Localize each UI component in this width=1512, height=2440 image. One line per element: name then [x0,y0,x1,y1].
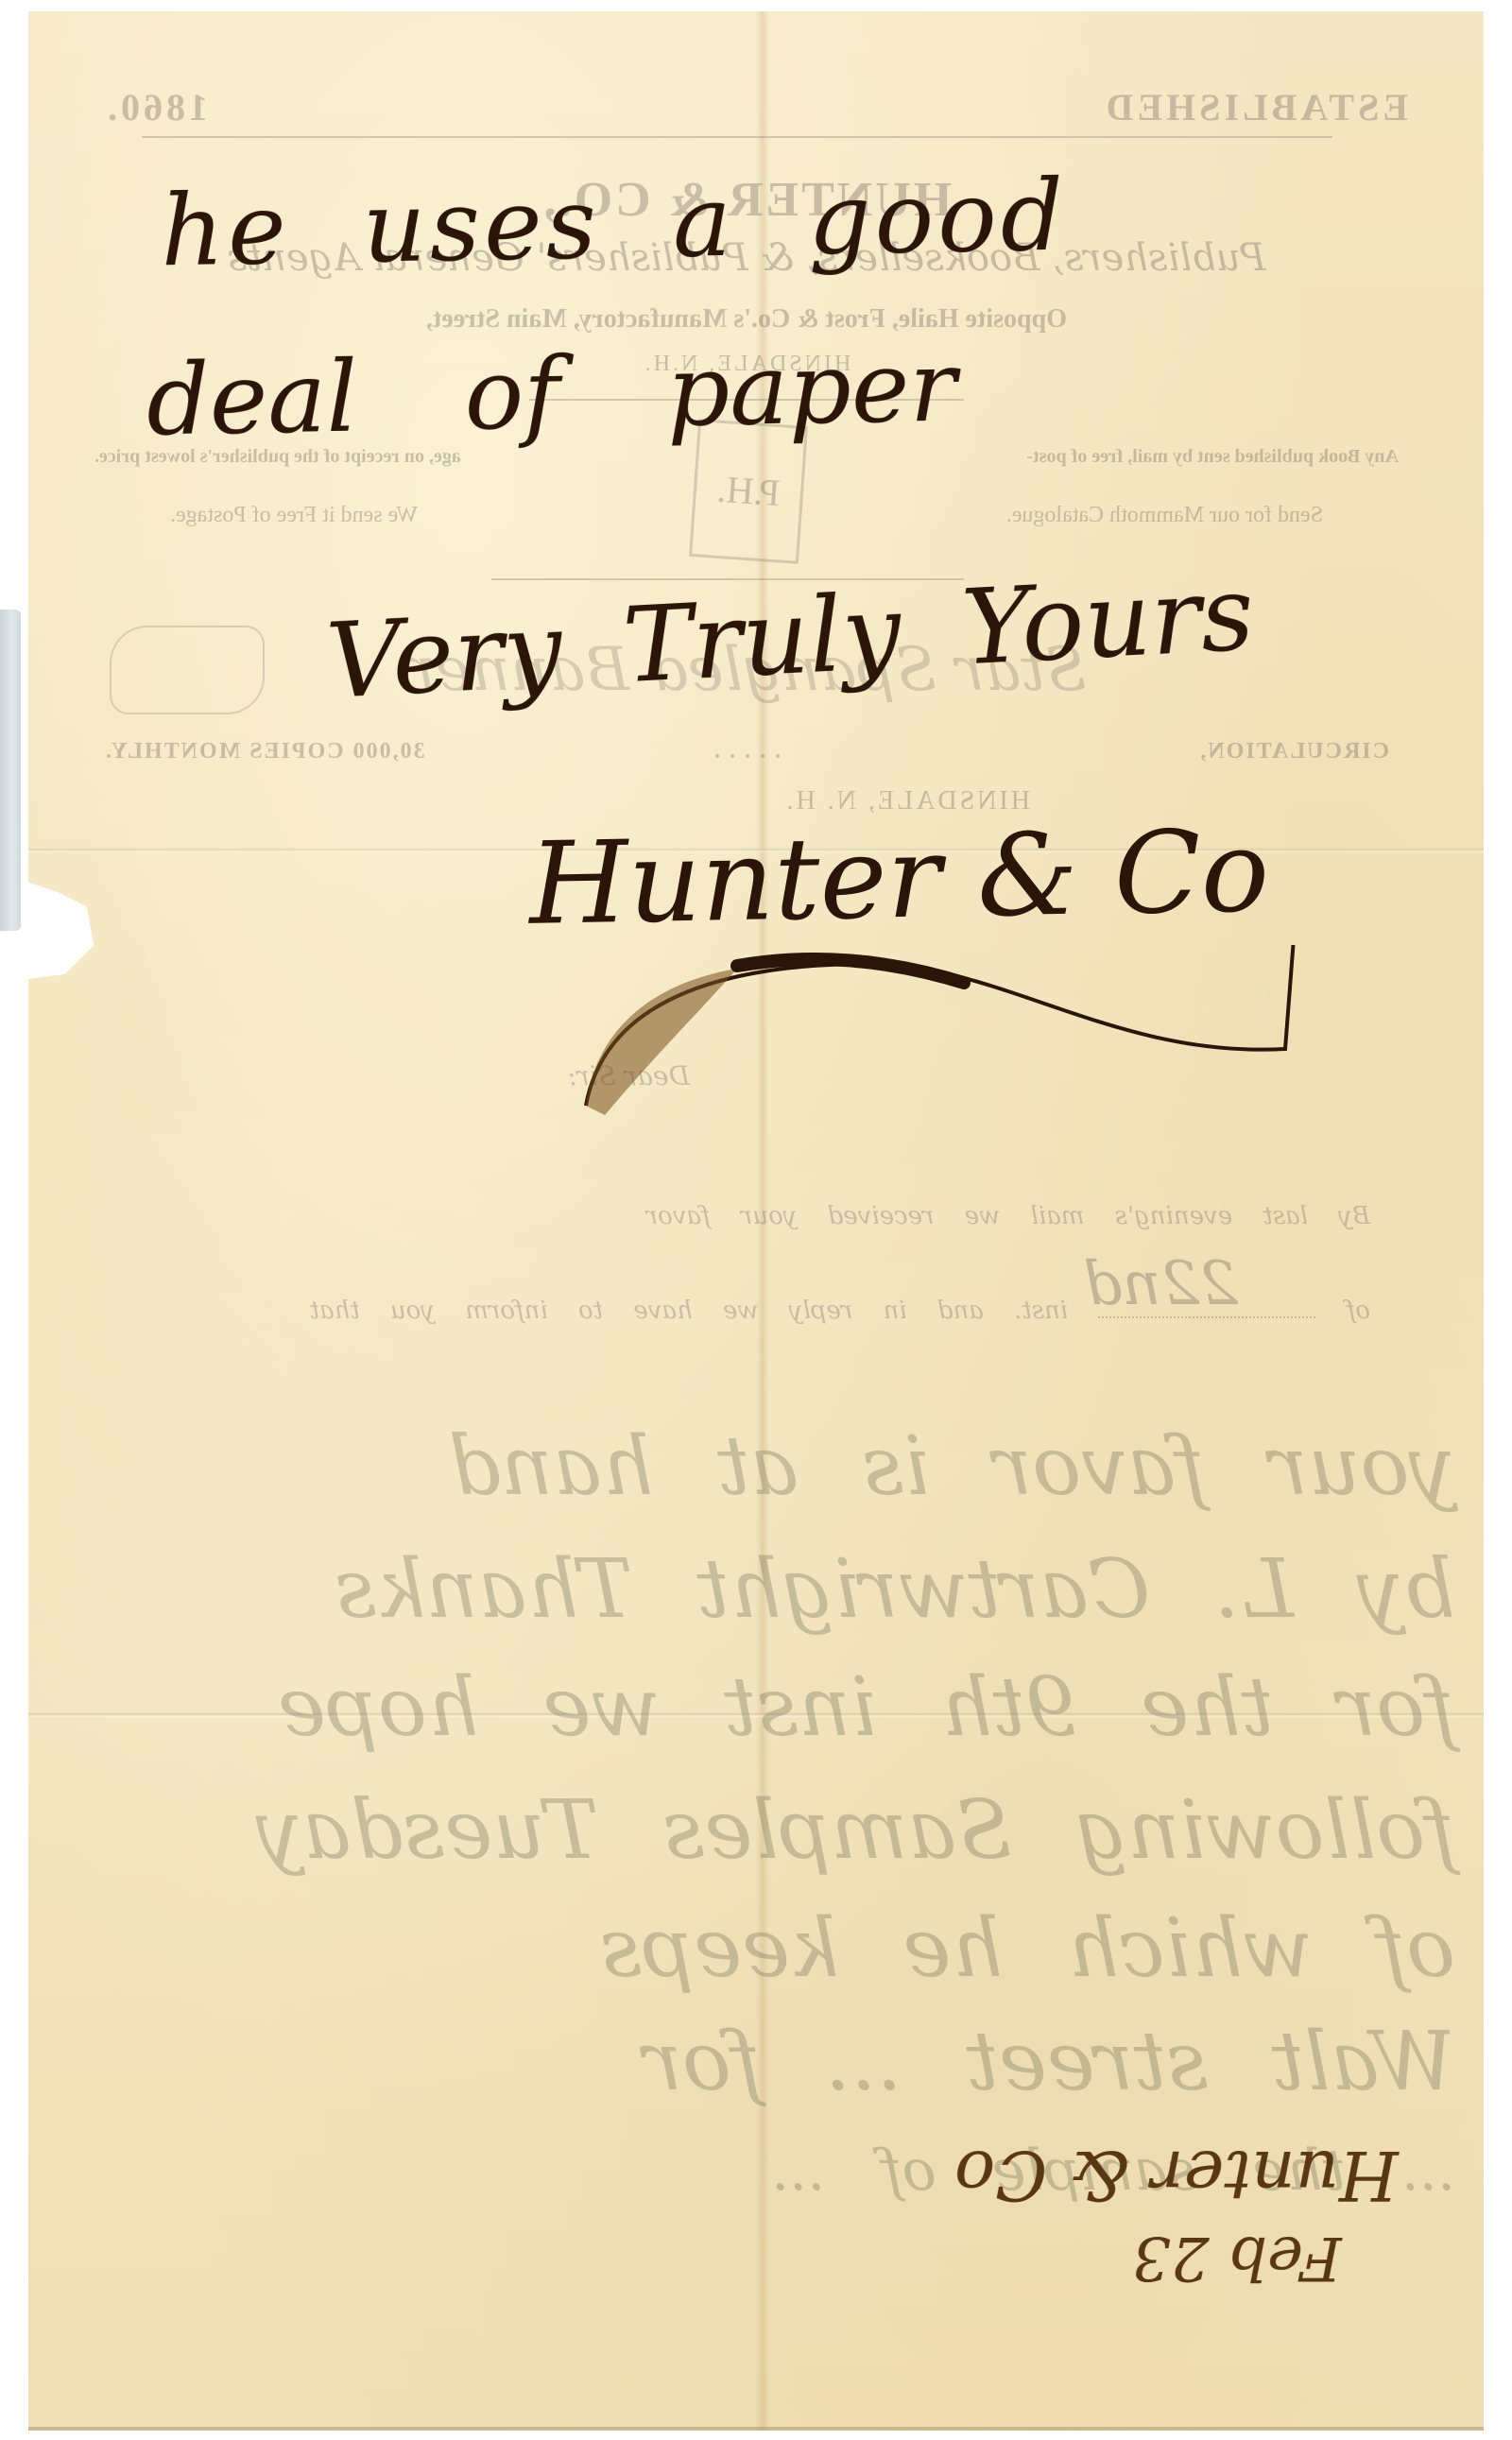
letterhead-address: Opposite Haile, Frost & Co.'s Manufactor… [85,304,1408,335]
docket-date: Feb 23 [954,2223,1342,2293]
binder-tab-strip [0,610,21,931]
send-left: Send for our Mammoth Catalogue. [1006,503,1323,528]
handwriting-signature: Hunter & Co [528,806,1270,951]
form-line-1: By last evening's mail we received your … [646,1202,1370,1230]
established-word: ESTABLISHED [1103,85,1408,129]
bleed-line: following Samples Tuesday [256,1783,1455,1878]
bleed-line: of which he keeps [600,1901,1455,1996]
form-line-2-suffix: inst. and in reply we have to inform you… [310,1297,1069,1325]
established-year: 1860. [104,85,208,129]
letterhead-rule [142,136,1332,138]
send-right: We send it Free of Postage. [170,503,418,528]
handwriting-line-1: he uses a good [160,158,1068,289]
signature-flourish-icon [567,945,1342,1134]
sheet-bottom-edge [28,2427,1484,2431]
circulation-label: CIRCULATION, [1198,739,1389,765]
circulation-value: 30,000 COPIES MONTHLY. [104,739,425,765]
handwriting-line-2: deal of paper [146,329,957,458]
docket-firm: Hunter & Co [954,2136,1399,2215]
circulation-dots: . . . . . [713,739,781,764]
bleed-line: your favor is at hand [449,1419,1455,1514]
bleed-line: for the 9th inst we hope [278,1660,1455,1755]
form-line-2-prefix: of [1347,1297,1370,1325]
notice-left: Any Book published sent by mail, free of… [1026,446,1399,468]
bleed-line: Walt street ... for [644,2015,1455,2109]
form-handwritten-date: 22nd [1083,1249,1238,1319]
letterhead-circulation: CIRCULATION, . . . . . 30,000 COPIES MON… [85,739,1408,765]
bleed-line: by L. Cartwright Thanks [335,1542,1455,1637]
docket-note-upside-down: Feb 23 Hunter & Co [954,2136,1399,2293]
